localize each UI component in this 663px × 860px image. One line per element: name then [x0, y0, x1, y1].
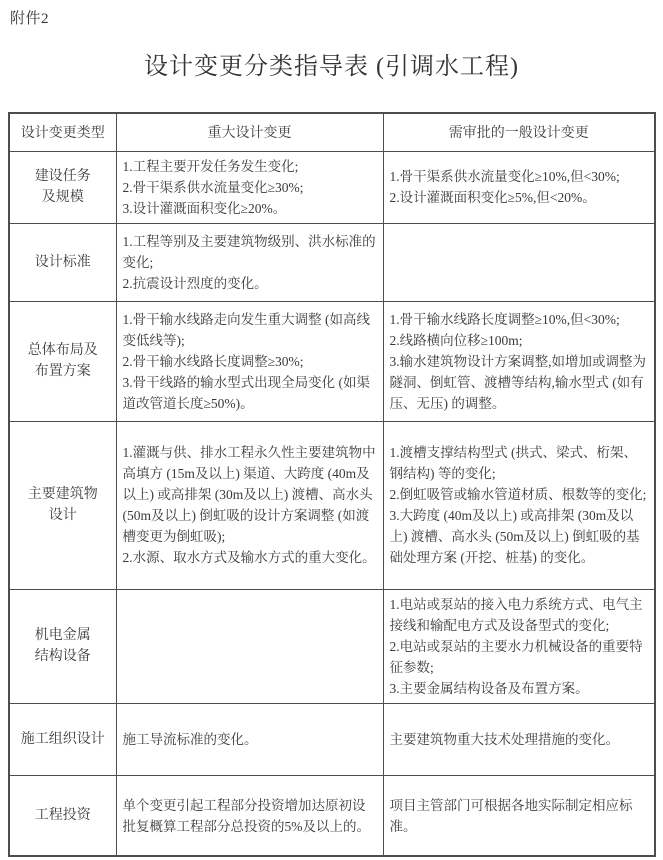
general-change-cell: 项目主管部门可根据各地实际制定相应标准。 — [383, 775, 655, 856]
header-change-type: 设计变更类型 — [9, 113, 116, 151]
row-type-cell: 主要建筑物 设计 — [9, 421, 116, 589]
row-type-cell: 总体布局及 布置方案 — [9, 301, 116, 421]
major-change-cell — [116, 589, 383, 703]
row-type-cell: 建设任务 及规模 — [9, 151, 116, 223]
table-row: 施工组织设计 施工导流标准的变化。 主要建筑物重大技术处理措施的变化。 — [9, 703, 655, 775]
major-change-cell: 1.骨干输水线路走向发生重大调整 (如高线变低线等); 2.骨干输水线路长度调整… — [116, 301, 383, 421]
general-change-cell — [383, 223, 655, 301]
major-change-cell: 1.工程等别及主要建筑物级别、洪水标准的变化; 2.抗震设计烈度的变化。 — [116, 223, 383, 301]
general-change-cell: 1.渡槽支撑结构型式 (拱式、梁式、桁架、钢结构) 等的变化; 2.倒虹吸管或输… — [383, 421, 655, 589]
attachment-label: 附件2 — [10, 7, 49, 28]
header-major-change: 重大设计变更 — [116, 113, 383, 151]
general-change-cell: 1.骨干输水线路长度调整≥10%,但<30%; 2.线路横向位移≥100m; 3… — [383, 301, 655, 421]
header-general-change: 需审批的一般设计变更 — [383, 113, 655, 151]
major-change-cell: 1.工程主要开发任务发生变化; 2.骨干渠系供水流量变化≥30%; 3.设计灌溉… — [116, 151, 383, 223]
major-change-cell: 施工导流标准的变化。 — [116, 703, 383, 775]
row-type-cell: 设计标准 — [9, 223, 116, 301]
general-change-cell: 1.骨干渠系供水流量变化≥10%,但<30%; 2.设计灌溉面积变化≥5%,但<… — [383, 151, 655, 223]
table-row: 机电金属 结构设备 1.电站或泵站的接入电力系统方式、电气主接线和输配电方式及设… — [9, 589, 655, 703]
table-row: 工程投资 单个变更引起工程部分投资增加达原初设批复概算工程部分总投资的5%及以上… — [9, 775, 655, 856]
table-row: 总体布局及 布置方案 1.骨干输水线路走向发生重大调整 (如高线变低线等); 2… — [9, 301, 655, 421]
general-change-cell: 主要建筑物重大技术处理措施的变化。 — [383, 703, 655, 775]
design-change-guide-table: 设计变更类型 重大设计变更 需审批的一般设计变更 建设任务 及规模 1.工程主要… — [8, 112, 656, 857]
row-type-cell: 施工组织设计 — [9, 703, 116, 775]
table-row: 设计标准 1.工程等别及主要建筑物级别、洪水标准的变化; 2.抗震设计烈度的变化… — [9, 223, 655, 301]
document-page: 附件2 设计变更分类指导表 (引调水工程) 设计变更类型 重大设计变更 需审批的… — [0, 0, 663, 860]
page-title: 设计变更分类指导表 (引调水工程) — [0, 46, 663, 81]
general-change-cell: 1.电站或泵站的接入电力系统方式、电气主接线和输配电方式及设备型式的变化; 2.… — [383, 589, 655, 703]
row-type-cell: 工程投资 — [9, 775, 116, 856]
table-header-row: 设计变更类型 重大设计变更 需审批的一般设计变更 — [9, 113, 655, 151]
table-row: 主要建筑物 设计 1.灌溉与供、排水工程永久性主要建筑物中高填方 (15m及以上… — [9, 421, 655, 589]
table-row: 建设任务 及规模 1.工程主要开发任务发生变化; 2.骨干渠系供水流量变化≥30… — [9, 151, 655, 223]
major-change-cell: 单个变更引起工程部分投资增加达原初设批复概算工程部分总投资的5%及以上的。 — [116, 775, 383, 856]
row-type-cell: 机电金属 结构设备 — [9, 589, 116, 703]
major-change-cell: 1.灌溉与供、排水工程永久性主要建筑物中高填方 (15m及以上) 渠道、大跨度 … — [116, 421, 383, 589]
